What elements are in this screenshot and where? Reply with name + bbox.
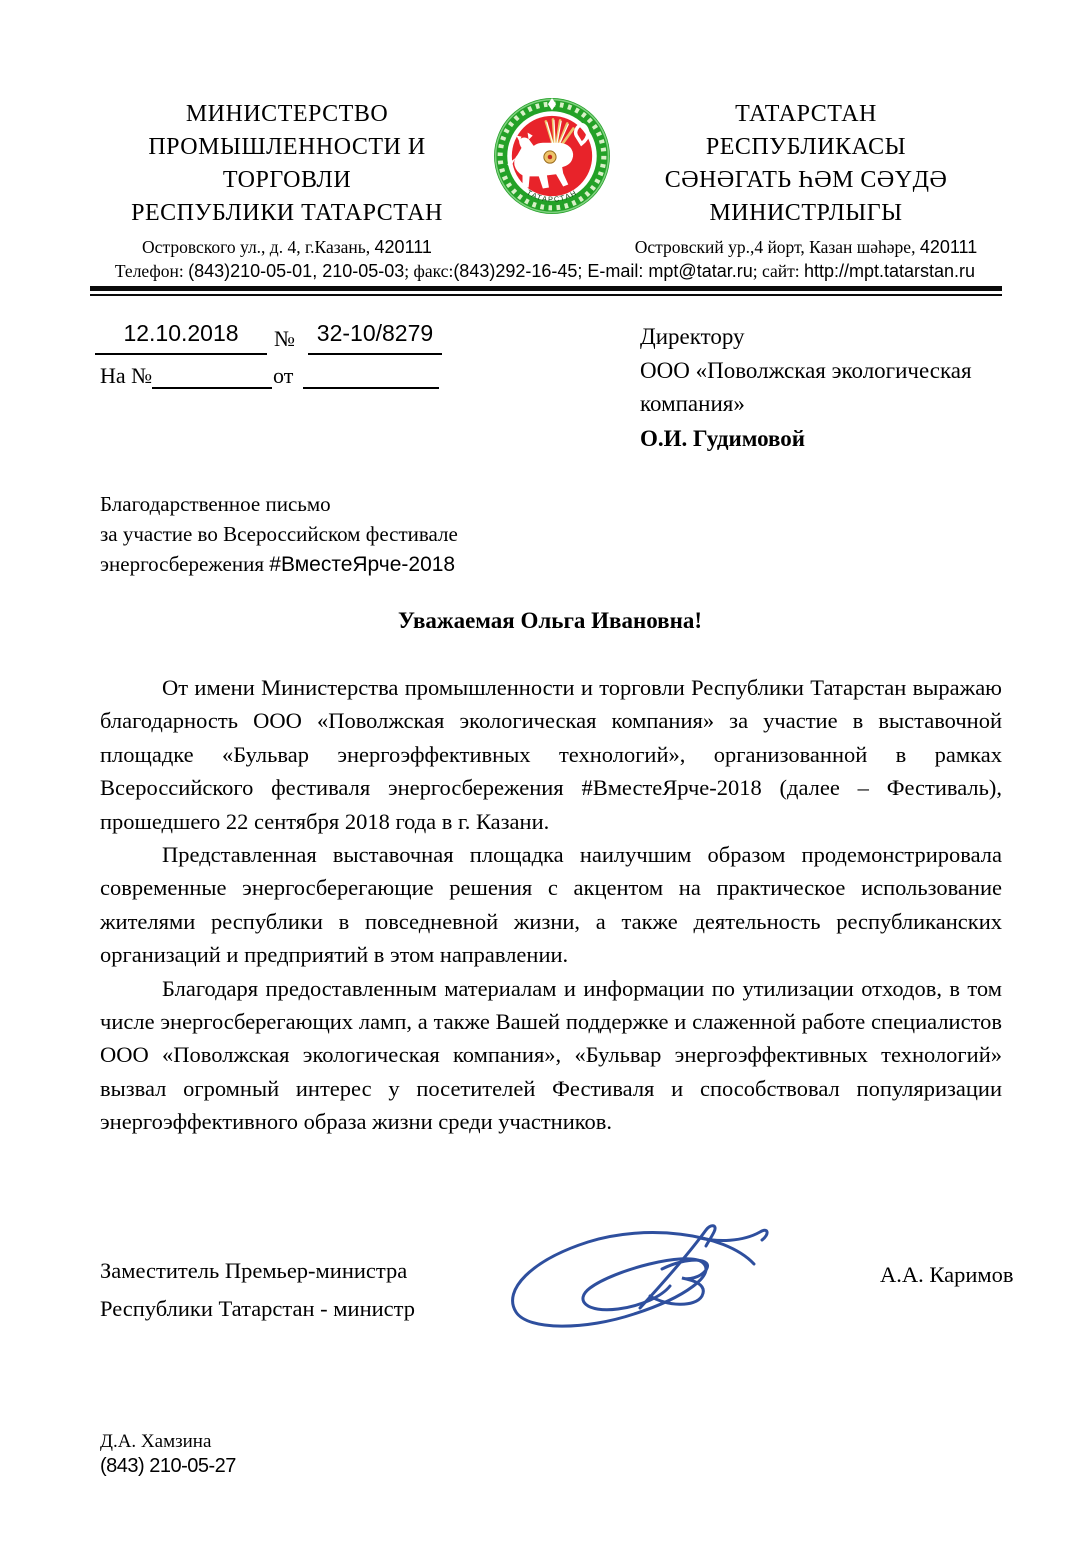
ministry-name-tatar: ТАТАРСТАН РЕСПУБЛИКАСЫ СӘНӘГАТЬ ҺӘМ СӘҮД… [612,98,1000,258]
body-paragraph-3: Благодаря предоставленным материалам и и… [100,972,1002,1139]
festival-hashtag: #ВместеЯрче-2018 [269,553,455,576]
signer-name: А.А. Каримов [880,1262,1040,1288]
executor-phone: (843) 210-05-27 [100,1454,236,1479]
subject-block: Благодарственное письмо за участие во Вс… [100,489,570,580]
reply-to-label: На № [100,363,152,389]
body-paragraph-2: Представленная выставочная площадка наил… [100,838,1002,972]
reply-date-blank [303,363,439,389]
signer-position-line2: Республики Татарстан - министр [100,1290,480,1328]
letter-number: 32-10/8279 [308,320,442,355]
recipient-name: О.И. Гудимовой [640,422,1010,456]
executor-name: Д.А. Хамзина [100,1430,236,1454]
recipient-company-line2: компания» [640,387,1010,421]
letterhead-divider [90,286,1002,296]
email-label: ; E-mail: [577,261,648,281]
salutation: Уважаемая Ольга Ивановна! [100,608,1000,634]
ministry-name-line: ПРОМЫШЛЕННОСТИ И [98,131,476,164]
ministry-address-russian: Островского ул., д. 4, г.Казань, 420111 [98,237,476,258]
recipient-block: Директору ООО «Поволжская экологическая … [640,320,1010,455]
reply-from-label: от [273,363,293,389]
recipient-company-line1: ООО «Поволжская экологическая [640,354,1010,388]
fax-number: (843)292-16-45 [453,261,577,281]
body-paragraph-1: От имени Министерства промышленности и т… [100,671,1002,838]
reply-number-blank [152,363,272,389]
ministry-name-line: ТАТАРСТАН [612,98,1000,131]
signer-position: Заместитель Премьер-министра Республики … [100,1252,480,1328]
ministry-name-line: МИНИСТЕРСТВО [98,98,476,131]
tatarstan-coat-of-arms-icon: ТАТАРСТАН [491,95,613,217]
email-address: mpt@tatar.ru [648,261,752,281]
subject-line2: за участие во Всероссийском фестивале [100,519,570,549]
ministry-name-line: РЕСПУБЛИКАСЫ [612,131,1000,164]
phone-label: Телефон: [115,261,188,281]
ministry-name-line: СӘНӘГАТЬ ҺӘМ СӘҮДӘ [612,164,1000,197]
letter-body: От имени Министерства промышленности и т… [100,671,1002,1139]
ministry-name-russian: МИНИСТЕРСТВО ПРОМЫШЛЕННОСТИ И ТОРГОВЛИ Р… [98,98,476,258]
letter-date: 12.10.2018 [95,320,267,355]
ministry-name-line: ТОРГОВЛИ [98,164,476,197]
fax-label: ; факс: [404,261,453,281]
ministry-name-line: РЕСПУБЛИКИ ТАТАРСТАН [98,197,476,230]
number-sign: № [274,326,295,352]
ministry-name-line: МИНИСТРЛЫГЫ [612,197,1000,230]
recipient-title: Директору [640,320,1010,354]
signer-position-line1: Заместитель Премьер-министра [100,1252,480,1290]
subject-line1: Благодарственное письмо [100,489,570,519]
subject-line3: энергосбережения #ВместеЯрче-2018 [100,549,570,580]
executor-block: Д.А. Хамзина (843) 210-05-27 [100,1430,236,1479]
ministry-address-tatar: Островский ур.,4 йорт, Казан шәһәре, 420… [612,237,1000,258]
letter-page: МИНИСТЕРСТВО ПРОМЫШЛЕННОСТИ И ТОРГОВЛИ Р… [0,0,1090,1542]
phone-numbers: (843)210-05-01, 210-05-03 [188,261,404,281]
site-url: http://mpt.tatarstan.ru [804,261,975,281]
contact-line: Телефон: (843)210-05-01, 210-05-03; факс… [90,261,1000,282]
handwritten-signature-icon [492,1208,792,1348]
site-label: ; сайт: [753,261,804,281]
